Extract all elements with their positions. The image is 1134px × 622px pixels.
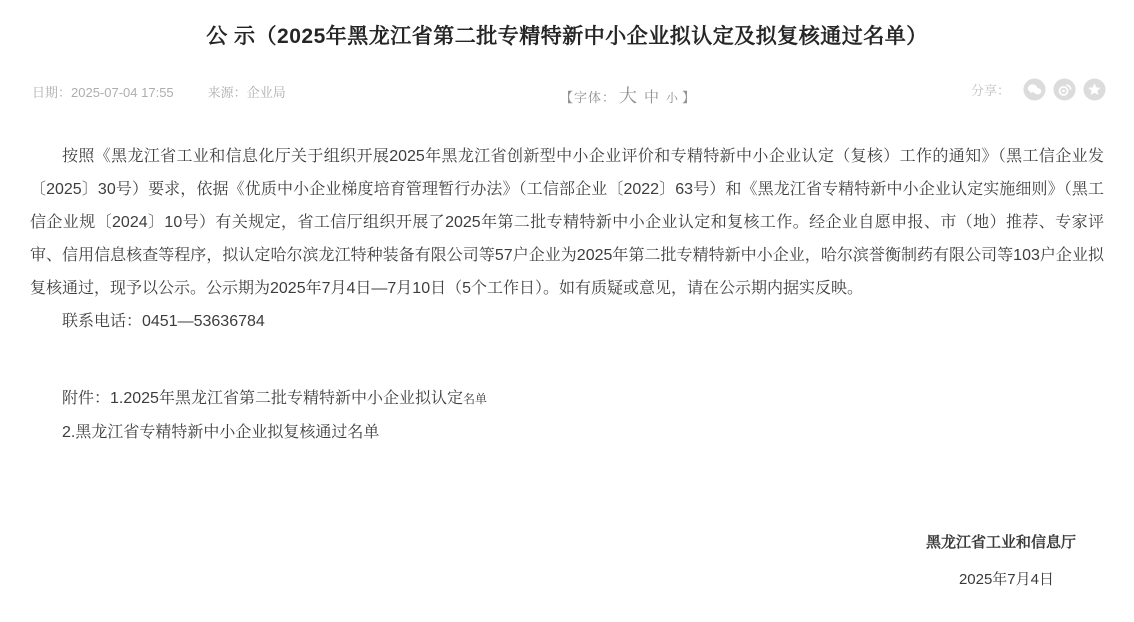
contact-phone: 联系电话：0451—53636784 (30, 305, 1104, 338)
font-size-control: 【字体：大中小】 (560, 82, 696, 108)
attachment-link-1-suffix[interactable]: 名单 (463, 392, 487, 406)
signature-org: 黑龙江省工业和信息厅 (30, 524, 1076, 561)
share-label: 分享： (971, 80, 1010, 99)
weibo-share-icon[interactable] (1053, 78, 1076, 101)
article-body: 按照《黑龙江省工业和信息化厅关于组织开展2025年黑龙江省创新型中小企业评价和专… (0, 104, 1134, 598)
attachments-section: 附件：1.2025年黑龙江省第二批专精特新中小企业拟认定名单 2.黑龙江省专精特… (30, 382, 1104, 450)
font-size-prefix: 【字体： (560, 90, 616, 105)
meta-info: 日期：2025-07-04 17:55来源：企业局 (32, 82, 286, 101)
attachment-link-2[interactable]: 2.黑龙江省专精特新中小企业拟复核通过名单 (62, 424, 379, 441)
page-title: 公 示（2025年黑龙江省第二批专精特新中小企业拟认定及拟复核通过名单） (0, 0, 1134, 50)
meta-row: 日期：2025-07-04 17:55来源：企业局 【字体：大中小】 分享： (0, 76, 1134, 104)
font-size-large-button[interactable]: 大 (619, 86, 638, 106)
qzone-share-icon[interactable] (1083, 78, 1106, 101)
font-size-small-button[interactable]: 小 (666, 91, 679, 105)
font-size-medium-button[interactable]: 中 (644, 89, 660, 106)
signature-date: 2025年7月4日 (30, 561, 1076, 598)
wechat-share-icon[interactable] (1023, 78, 1046, 101)
attachment-line-2: 2.黑龙江省专精特新中小企业拟复核通过名单 (30, 416, 1104, 450)
share-bar: 分享： (971, 78, 1106, 101)
announcement-paragraph: 按照《黑龙江省工业和信息化厅关于组织开展2025年黑龙江省创新型中小企业评价和专… (30, 140, 1104, 305)
attachment-line-1: 附件：1.2025年黑龙江省第二批专精特新中小企业拟认定名单 (30, 382, 1104, 416)
announcement-page: 公 示（2025年黑龙江省第二批专精特新中小企业拟认定及拟复核通过名单） 日期：… (0, 0, 1134, 622)
attachments-label: 附件： (62, 390, 110, 407)
font-size-suffix: 】 (682, 90, 696, 105)
attachment-link-1[interactable]: 1.2025年黑龙江省第二批专精特新中小企业拟认定 (110, 390, 463, 407)
date-value: 2025-07-04 17:55 (71, 85, 174, 100)
source-label: 来源： (208, 85, 247, 100)
source-value: 企业局 (247, 85, 286, 100)
date-label: 日期： (32, 85, 71, 100)
signature-block: 黑龙江省工业和信息厅 2025年7月4日 (30, 524, 1104, 598)
